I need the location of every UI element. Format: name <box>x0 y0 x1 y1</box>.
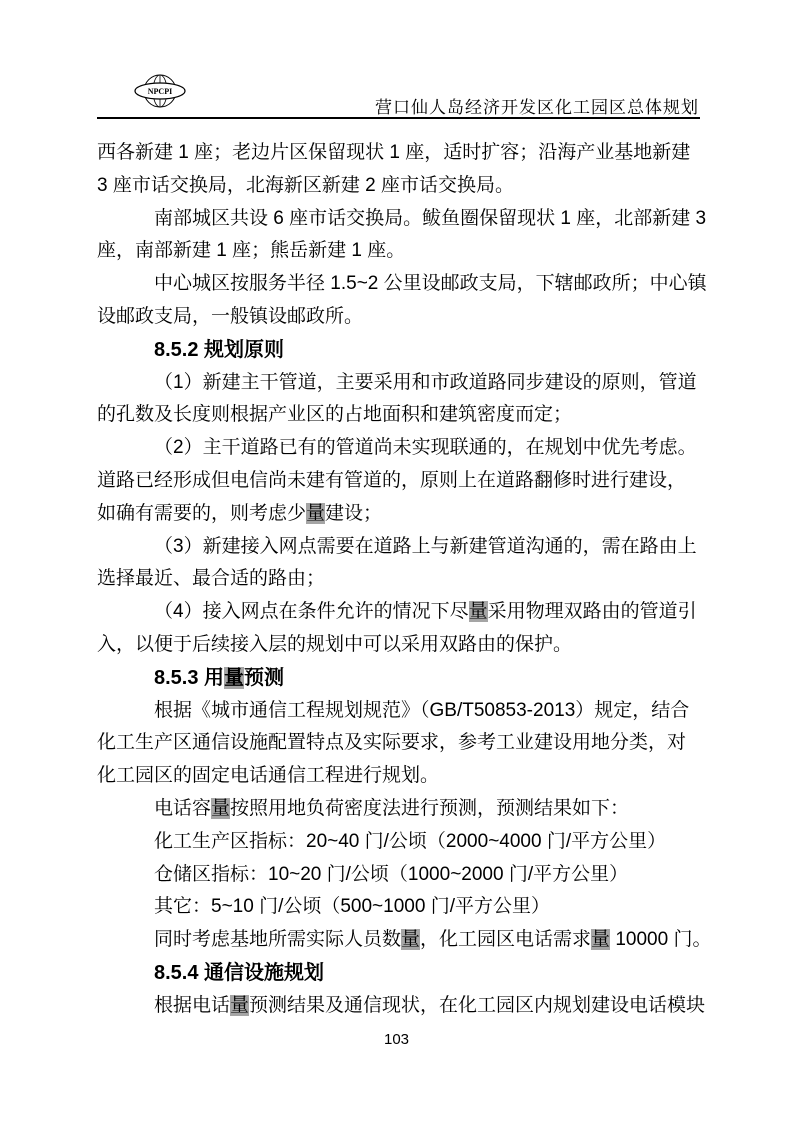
text-line: 道路已经形成但电信尚未建有管道的，原则上在道路翻修时进行建设， <box>97 465 715 498</box>
text-line: 设邮政支局，一般镇设邮政所。 <box>97 301 715 334</box>
text-line: 入，以便于后续接入层的规划中可以采用双路由的保护。 <box>97 629 715 662</box>
text-line: （1）新建主干管道，主要采用和市政道路同步建设的原则，管道 <box>97 367 715 400</box>
text-line: 化工生产区指标：20~40 门/公顷（2000~4000 门/平方公里） <box>97 826 715 859</box>
search-highlight: 量 <box>211 798 230 819</box>
text-line: 座，南部新建 1 座；熊岳新建 1 座。 <box>97 235 715 268</box>
text-line: 的孔数及长度则根据产业区的占地面积和建筑密度而定； <box>97 399 715 432</box>
text-line: （2）主干道路已有的管道尚未实现联通的，在规划中优先考虑。 <box>97 432 715 465</box>
text-line: 3 座市话交换局，北海新区新建 2 座市话交换局。 <box>97 170 715 203</box>
text-line: （3）新建接入网点需要在道路上与新建管道沟通的，需在路由上 <box>97 531 715 564</box>
text-line: 电话容量按照用地负荷密度法进行预测，预测结果如下： <box>97 793 715 826</box>
document-page: NPCPI 营口仙人岛经济开发区化工园区总体规划 西各新建 1 座；老边片区保留… <box>0 0 793 1122</box>
text-line: 根据《城市通信工程规划规范》（GB/T50853-2013）规定，结合 <box>97 695 715 728</box>
text-line: 化工园区的固定电话通信工程进行规划。 <box>97 760 715 793</box>
search-highlight: 量 <box>469 601 488 622</box>
search-highlight: 量 <box>224 667 244 689</box>
npcpi-logo-icon: NPCPI <box>132 71 188 115</box>
text-line: 如确有需要的，则考虑少量建设； <box>97 498 715 531</box>
section-heading: 8.5.4 通信设施规划 <box>97 957 715 990</box>
text-line: 选择最近、最合适的路由； <box>97 563 715 596</box>
header-document-title: 营口仙人岛经济开发区化工园区总体规划 <box>375 93 699 118</box>
text-line: 中心城区按服务半径 1.5~2 公里设邮政支局，下辖邮政所；中心镇 <box>97 268 715 301</box>
text-line: （4）接入网点在条件允许的情况下尽量采用物理双路由的管道引 <box>97 596 715 629</box>
text-line: 同时考虑基地所需实际人员数量，化工园区电话需求量 10000 门。 <box>97 924 715 957</box>
text-line: 化工生产区通信设施配置特点及实际要求，参考工业建设用地分类，对 <box>97 727 715 760</box>
text-line: 其它：5~10 门/公顷（500~1000 门/平方公里） <box>97 891 715 924</box>
search-highlight: 量 <box>591 929 610 950</box>
section-heading: 8.5.2 规划原则 <box>97 334 715 367</box>
search-highlight: 量 <box>401 929 420 950</box>
text-line: 仓储区指标：10~20 门/公顷（1000~2000 门/平方公里） <box>97 859 715 892</box>
logo-text: NPCPI <box>148 87 172 96</box>
text-line: 根据电话量预测结果及通信现状，在化工园区内规划建设电话模块 <box>97 990 715 1023</box>
text-line: 西各新建 1 座；老边片区保留现状 1 座，适时扩容；沿海产业基地新建 <box>97 137 715 170</box>
header-rule <box>97 117 700 119</box>
section-heading: 8.5.3 用量预测 <box>97 662 715 695</box>
text-line: 南部城区共设 6 座市话交换局。鲅鱼圈保留现状 1 座，北部新建 3 <box>97 203 715 236</box>
document-body: 西各新建 1 座；老边片区保留现状 1 座，适时扩容；沿海产业基地新建3 座市话… <box>97 137 715 1023</box>
page-number: 103 <box>0 1031 793 1048</box>
search-highlight: 量 <box>230 995 249 1016</box>
search-highlight: 量 <box>306 503 325 524</box>
